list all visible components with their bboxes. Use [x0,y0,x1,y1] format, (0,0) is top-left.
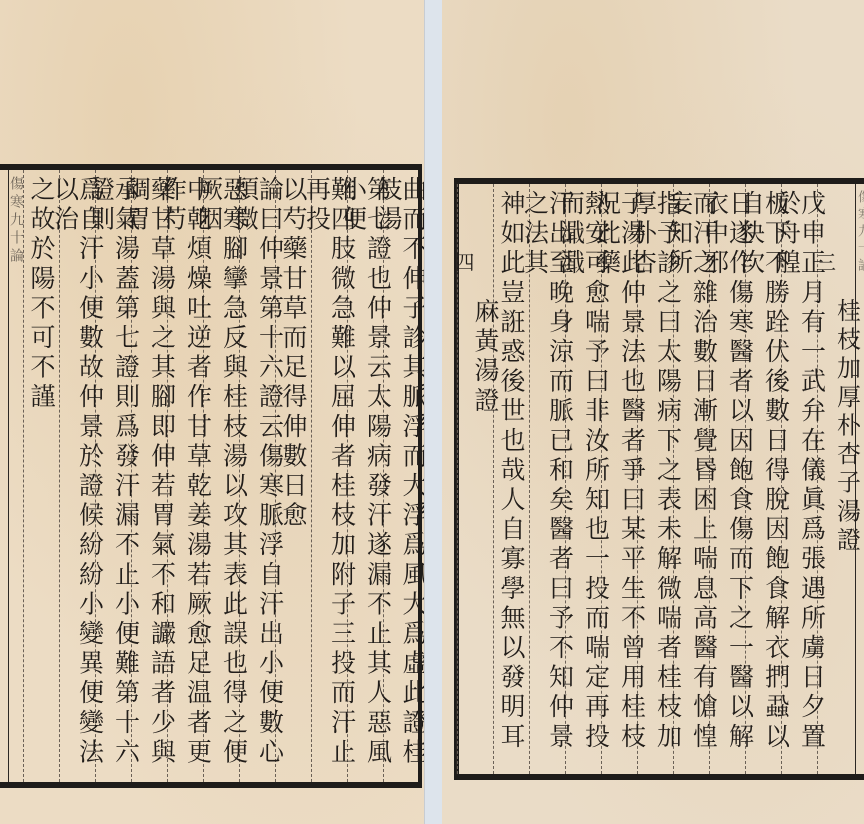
text-column-9: 神如此豈誑惑後世也哉人自寡學無以發明耳 [493,184,529,774]
text-column-8: 汗出至晚身涼而脈已和矣醫者曰予不知仲景之法其 [529,184,565,774]
text-column-10: 爲自汗小便數故仲景於證候紛紛小變異便變法以治 [59,170,95,782]
left-page-text-columns: 曲而不伸子診其脈浮而大浮爲風大爲虛此證桂枝湯 第七證也仲景云太陽病發汗遂漏不止其… [0,170,418,782]
next-section-title-column: 麻黃湯證四 [457,184,493,774]
next-section-title: 麻黃湯證四 [453,190,498,416]
left-page: 曲而不伸子診其脈浮而大浮爲風大爲虛此證桂枝湯 第七證也仲景云太陽病發汗遂漏不止其… [0,0,424,824]
blank-column [456,184,457,774]
left-page-border-frame: 曲而不伸子診其脈浮而大浮爲風大爲虛此證桂枝湯 第七證也仲景云太陽病發汗遂漏不止其… [0,164,422,788]
page-gutter [424,0,444,824]
text-column-3: 難四肢微急難以屈伸者桂枝加附子三投而汗止再投 [311,170,347,782]
right-page: 傷寒九十論 桂枝加厚朴杏子湯證三 戊申正月有一武弁在儀眞爲張遇所虜日夕置於舟艎 … [442,0,864,824]
text-column-11: 之故於陽不可不謹 [23,170,59,782]
right-page-text-columns: 傷寒九十論 桂枝加厚朴杏子湯證三 戊申正月有一武弁在儀眞爲張遇所虜日夕置於舟艎 … [459,184,864,774]
book-title-margin: 傷寒九十論 [9,176,23,266]
left-margin-column: 傷寒九十論 [8,170,23,782]
right-page-border-frame: 傷寒九十論 桂枝加厚朴杏子湯證三 戊申正月有一武弁在儀眞爲張遇所虜日夕置於舟艎 … [454,178,864,780]
